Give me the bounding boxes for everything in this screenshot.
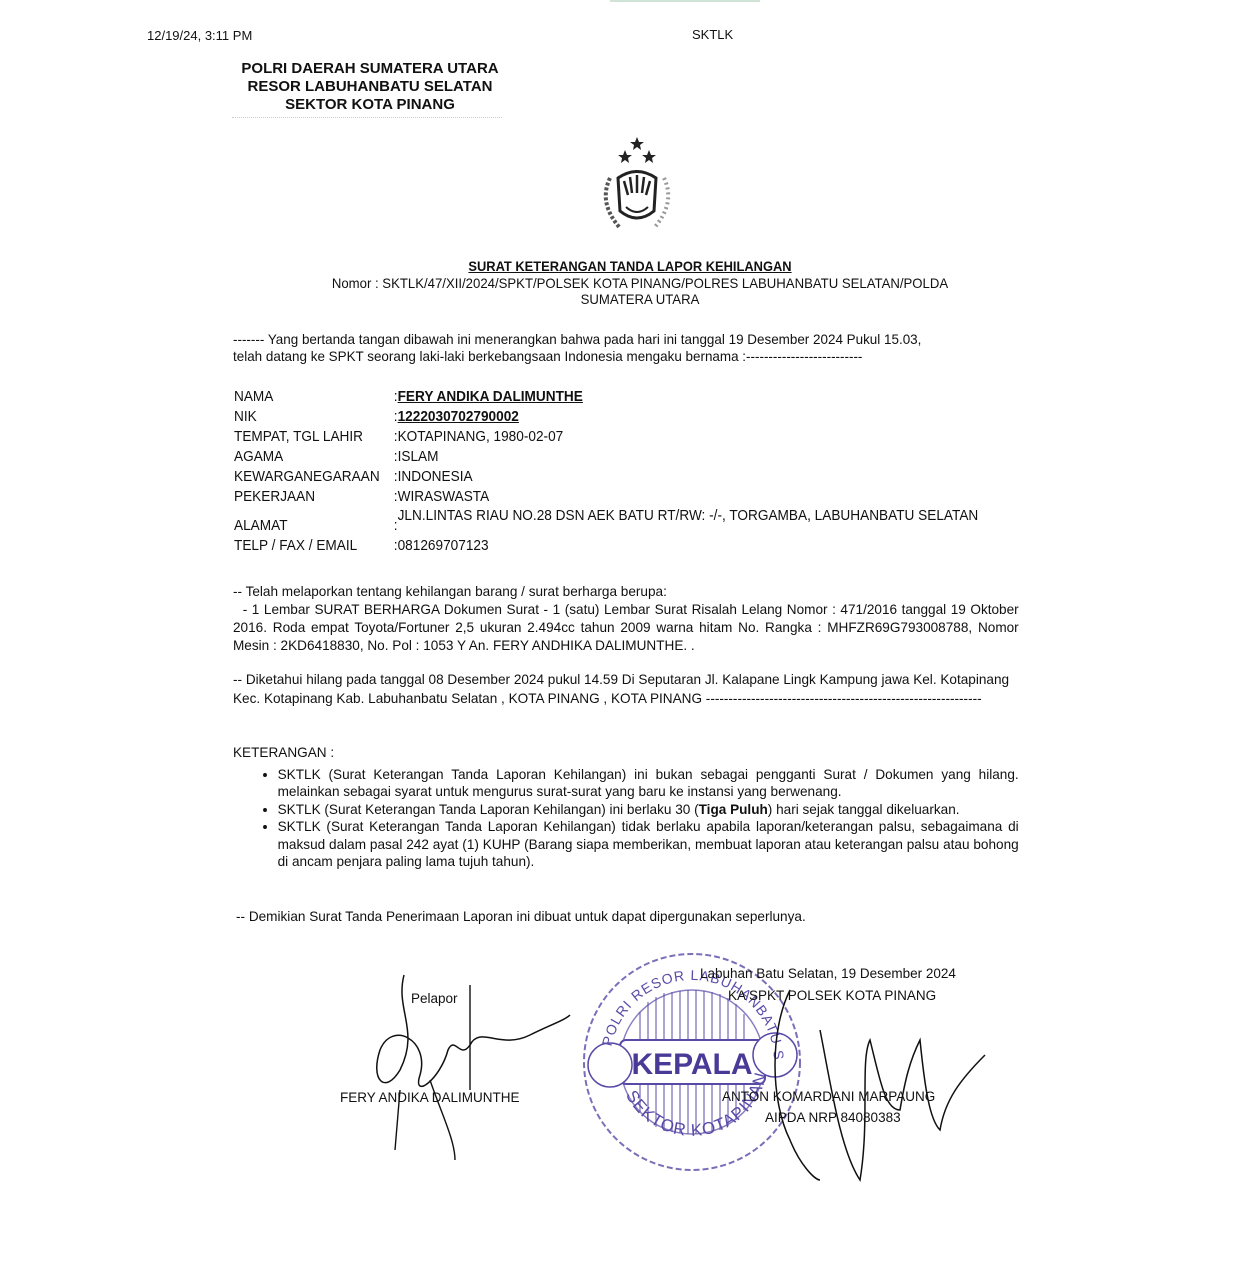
identity-fields: NAMA : FERY ANDIKA DALIMUNTHE NIK : 1222…: [234, 387, 1026, 556]
field-value: KOTAPINANG, 1980-02-07: [398, 427, 564, 447]
field-value: INDONESIA: [398, 467, 473, 487]
note-text: SKTLK (Surat Keterangan Tanda Laporan Ke…: [278, 801, 699, 817]
report-item: - 1 Lembar SURAT BERHARGA Dokumen Surat …: [233, 600, 1019, 654]
note-item: SKTLK (Surat Keterangan Tanda Laporan Ke…: [278, 801, 1019, 819]
letterhead-line3: SEKTOR KOTA PINANG: [225, 96, 515, 114]
field-label: TELP / FAX / EMAIL: [234, 536, 394, 556]
field-occupation: PEKERJAAN : WIRASWASTA: [234, 487, 978, 507]
note-item: SKTLK (Surat Keterangan Tanda Laporan Ke…: [278, 766, 1019, 801]
note-text: SKTLK (Surat Keterangan Tanda Laporan Ke…: [278, 766, 1019, 800]
field-contact: TELP / FAX / EMAIL : 081269707123: [234, 536, 978, 556]
field-label: NAMA: [234, 387, 394, 407]
print-title: SKTLK: [692, 27, 733, 42]
officer-place-date: Labuhan Batu Selatan, 19 Desember 2024: [700, 966, 956, 981]
police-emblem-icon: [580, 133, 695, 248]
field-nik: NIK : 1222030702790002: [234, 407, 978, 427]
field-value: 081269707123: [398, 536, 489, 556]
field-label: KEWARGANEGARAAN: [234, 467, 394, 487]
intro-line2: telah datang ke SPKT seorang laki-laki b…: [233, 348, 1015, 365]
field-label: AGAMA: [234, 447, 394, 467]
top-divider: [610, 0, 760, 2]
officer-title: KA SPKT POLSEK KOTA PINANG: [728, 988, 936, 1003]
reporter-label: Pelapor: [411, 991, 458, 1006]
field-value: WIRASWASTA: [398, 487, 490, 507]
field-value: 1222030702790002: [398, 407, 519, 427]
field-label: ALAMAT: [234, 507, 394, 536]
field-label: NIK: [234, 407, 394, 427]
officer-nrp: AIPDA NRP 84080383: [765, 1110, 901, 1125]
intro-line1: ------- Yang bertanda tangan dibawah ini…: [233, 331, 1015, 348]
official-stamp-icon: KEPALA POLRI RESOR LABUHANBATU SELATAN S…: [580, 950, 805, 1175]
field-label: PEKERJAAN: [234, 487, 394, 507]
notes-section: KETERANGAN : SKTLK (Surat Keterangan Tan…: [233, 744, 1019, 871]
field-value: FERY ANDIKA DALIMUNTHE: [398, 387, 583, 407]
letterhead-rule: [232, 117, 502, 118]
field-address: ALAMAT : JLN.LINTAS RIAU NO.28 DSN AEK B…: [234, 507, 978, 536]
letterhead-line2: RESOR LABUHANBATU SELATAN: [225, 78, 515, 96]
note-item: SKTLK (Surat Keterangan Tanda Laporan Ke…: [278, 818, 1019, 871]
field-nama: NAMA : FERY ANDIKA DALIMUNTHE: [234, 387, 978, 407]
lost-info: -- Diketahui hilang pada tanggal 08 Dese…: [233, 670, 1019, 708]
lost-info-text: -- Diketahui hilang pada tanggal 08 Dese…: [233, 670, 1019, 708]
closing-statement: -- Demikian Surat Tanda Penerimaan Lapor…: [236, 908, 806, 924]
officer-name: ANTON KOMARDANI MARPAUNG: [722, 1089, 935, 1104]
loss-report: -- Telah melaporkan tentang kehilangan b…: [233, 582, 1019, 654]
letterhead-line1: POLRI DAERAH SUMATERA UTARA: [225, 60, 515, 78]
document-number-line2: SUMATERA UTARA: [278, 291, 1002, 307]
field-citizenship: KEWARGANEGARAAN : INDONESIA: [234, 467, 978, 487]
document-number-line1: Nomor : SKTLK/47/XII/2024/SPKT/POLSEK KO…: [278, 275, 1002, 291]
note-text: ) hari sejak tanggal dikeluarkan.: [768, 801, 960, 817]
notes-heading: KETERANGAN :: [233, 744, 1019, 762]
print-datetime: 12/19/24, 3:11 PM: [147, 28, 252, 43]
intro-paragraph: ------- Yang bertanda tangan dibawah ini…: [233, 331, 1015, 365]
field-label: TEMPAT, TGL LAHIR: [234, 427, 394, 447]
note-text: SKTLK (Surat Keterangan Tanda Laporan Ke…: [278, 818, 1019, 869]
document-title: SURAT KETERANGAN TANDA LAPOR KEHILANGAN: [50, 258, 1209, 274]
field-value: ISLAM: [398, 447, 439, 467]
note-bold: Tiga Puluh: [699, 801, 768, 817]
field-religion: AGAMA : ISLAM: [234, 447, 978, 467]
field-value: JLN.LINTAS RIAU NO.28 DSN AEK BATU RT/RW…: [398, 507, 979, 536]
field-birth: TEMPAT, TGL LAHIR : KOTAPINANG, 1980-02-…: [234, 427, 978, 447]
letterhead: POLRI DAERAH SUMATERA UTARA RESOR LABUHA…: [225, 60, 515, 114]
reporter-name: FERY ANDIKA DALIMUNTHE: [340, 1090, 520, 1105]
report-heading: -- Telah melaporkan tentang kehilangan b…: [233, 582, 1019, 600]
document-number: Nomor : SKTLK/47/XII/2024/SPKT/POLSEK KO…: [278, 275, 1002, 307]
notes-list: SKTLK (Surat Keterangan Tanda Laporan Ke…: [233, 766, 1019, 871]
svg-text:KEPALA: KEPALA: [631, 1048, 752, 1081]
